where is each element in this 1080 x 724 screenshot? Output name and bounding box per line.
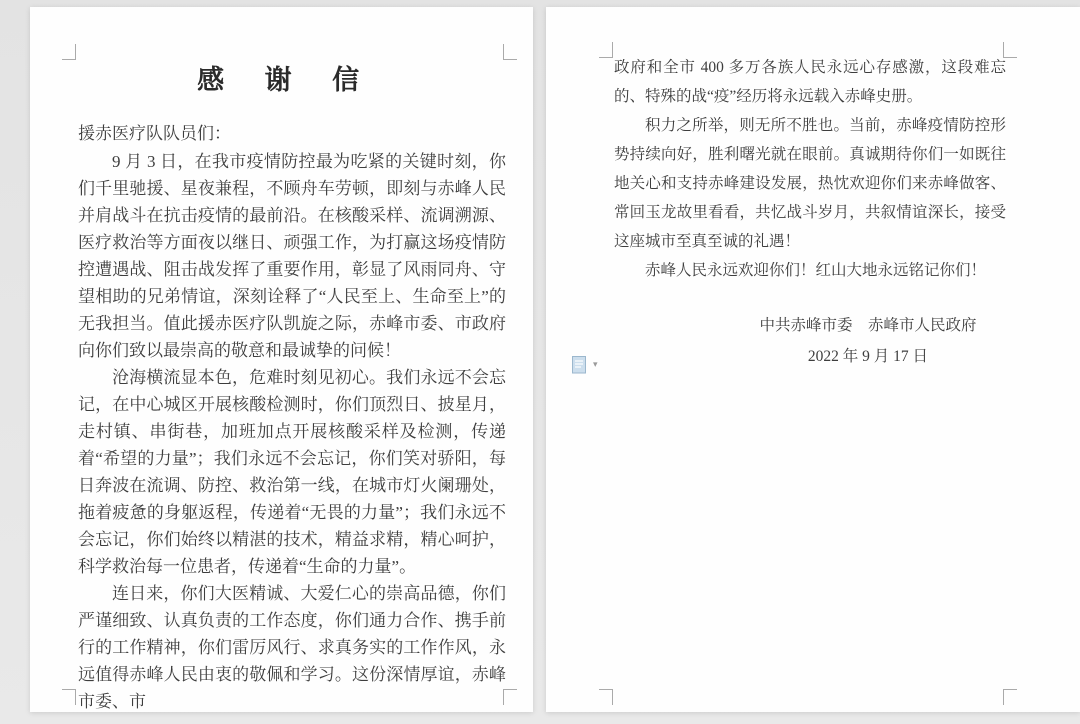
letter-title: 感 谢 信 — [30, 58, 533, 97]
paste-options-button[interactable]: ▾ — [571, 352, 609, 378]
date-line: 2022 年 9 月 17 日 — [672, 341, 1064, 372]
paragraph: 连日来，你们大医精诚、大爱仁心的崇高品德，你们严谨细致、认真负责的工作态度，你们… — [78, 580, 506, 715]
paragraph: 9 月 3 日，在我市疫情防控最为吃紧的关键时刻，你们千里驰援、星夜兼程，不顾舟… — [78, 148, 506, 364]
letter-page-1: 感 谢 信 援赤医疗队队员们： 9 月 3 日，在我市疫情防控最为吃紧的关键时刻… — [30, 7, 533, 712]
signature-line: 中共赤峰市委 赤峰市人民政府 — [672, 310, 1064, 341]
corner-crop-mark — [599, 42, 613, 58]
letter-salutation: 援赤医疗队队员们： — [78, 119, 231, 144]
corner-crop-mark — [1003, 689, 1017, 705]
corner-crop-mark — [62, 689, 76, 705]
paragraph: 赤峰人民永远欢迎你们！红山大地永远铭记你们！ — [614, 256, 1006, 285]
paragraph: 积力之所举，则无所不胜也。当前，赤峰疫情防控形势持续向好，胜利曙光就在眼前。真诚… — [614, 111, 1006, 256]
letter-body-page-2: 政府和全市 400 多万各族人民永远心存感激，这段难忘的、特殊的战“疫”经历将永… — [614, 53, 1006, 285]
signature-block: 中共赤峰市委 赤峰市人民政府 2022 年 9 月 17 日 — [614, 310, 1064, 372]
paragraph-continuation: 政府和全市 400 多万各族人民永远心存感激，这段难忘的、特殊的战“疫”经历将永… — [614, 53, 1006, 111]
letter-body-page-1: 9 月 3 日，在我市疫情防控最为吃紧的关键时刻，你们千里驰援、星夜兼程，不顾舟… — [78, 148, 506, 715]
paragraph: 沧海横流显本色，危难时刻见初心。我们永远不会忘记，在中心城区开展核酸检测时，你们… — [78, 364, 506, 580]
letter-page-2: 政府和全市 400 多万各族人民永远心存感激，这段难忘的、特殊的战“疫”经历将永… — [546, 7, 1080, 712]
corner-crop-mark — [599, 689, 613, 705]
chevron-down-icon: ▾ — [593, 361, 598, 370]
document-icon — [571, 355, 588, 375]
